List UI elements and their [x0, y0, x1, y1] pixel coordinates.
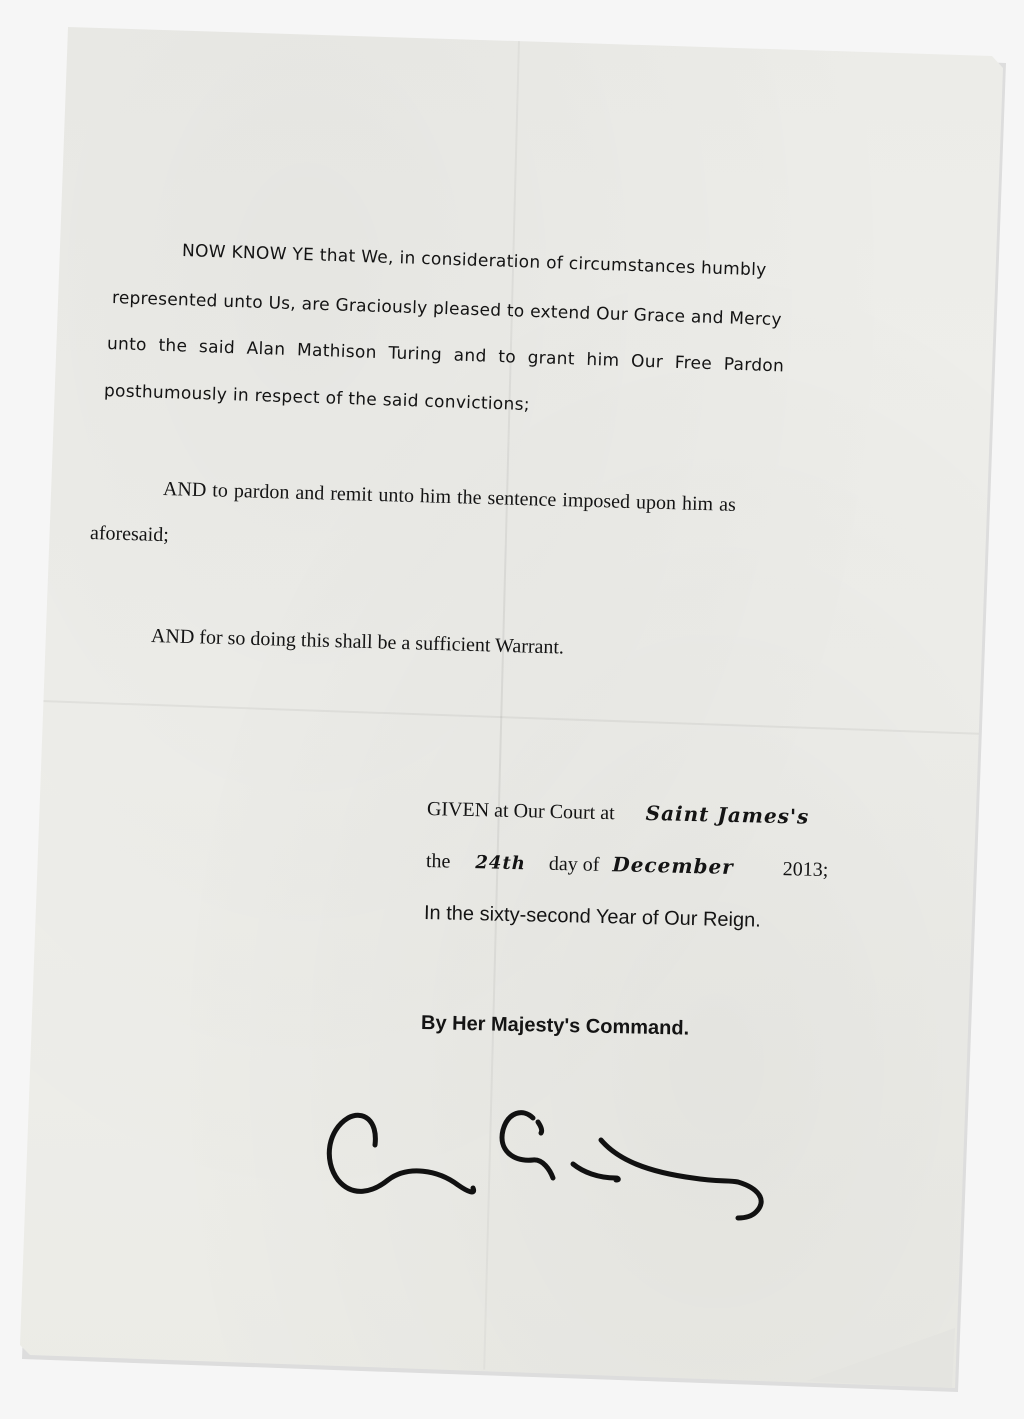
- court-handwritten: Saint James's: [645, 801, 809, 829]
- paragraph-1-line-1: NOW KNOW YE that We, in consideration of…: [182, 241, 767, 280]
- paragraph-1-line-3: unto the said Alan Mathison Turing and t…: [107, 334, 785, 376]
- paragraph-1-line-2: represented unto Us, are Graciously plea…: [112, 288, 782, 330]
- month-handwritten: December: [612, 852, 734, 879]
- day-handwritten: 24th: [475, 852, 526, 874]
- signature-icon: [318, 1100, 778, 1230]
- paragraph-3-line-1: AND for so doing this shall be a suffici…: [151, 625, 565, 660]
- year: 2013;: [782, 858, 828, 881]
- paragraph-1-line-4: posthumously in respect of the said conv…: [104, 381, 530, 415]
- paragraph-2-line-2: aforesaid;: [90, 522, 169, 547]
- date-line: the 24th day of December 2013;: [426, 848, 829, 882]
- reign-line: In the sixty-second Year of Our Reign.: [424, 902, 761, 933]
- given-line: GIVEN at Our Court at Saint James's: [427, 796, 810, 830]
- document-content: NOW KNOW YE that We, in consideration of…: [0, 0, 1024, 1419]
- command-line: By Her Majesty's Command.: [421, 1012, 690, 1041]
- given-court-prefix: GIVEN at Our Court at: [427, 798, 615, 824]
- paragraph-2-line-1: AND to pardon and remit unto him the sen…: [163, 478, 736, 517]
- date-prefix: the: [426, 850, 451, 873]
- day-of-label: day of: [549, 853, 600, 876]
